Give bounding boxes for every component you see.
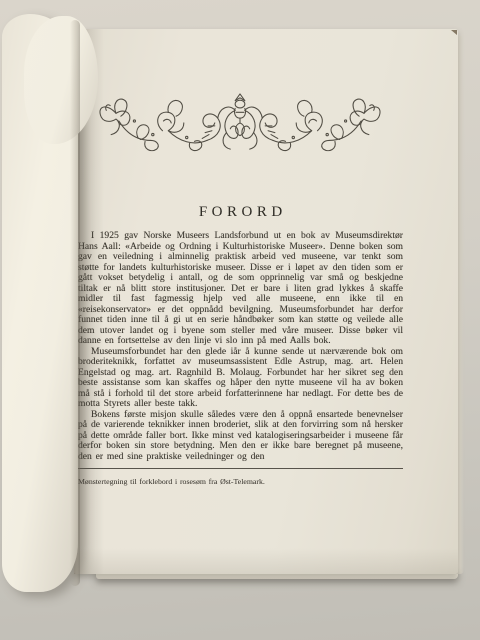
rosemaling-ornament-icon	[90, 91, 390, 153]
book-photo: FORORD I 1925 gav Norske Museers Landsfo…	[0, 0, 480, 640]
footnote-divider	[78, 468, 403, 469]
page-title: FORORD	[78, 203, 403, 222]
header-ornament	[84, 91, 396, 153]
paragraph: Bokens første misjon skulle således være…	[78, 410, 403, 463]
book-page: FORORD I 1925 gav Norske Museers Landsfo…	[74, 29, 458, 574]
page-corner-fleck	[451, 30, 457, 35]
body-text: I 1925 gav Norske Museers Landsforbund u…	[78, 231, 403, 462]
paragraph: I 1925 gav Norske Museers Landsforbund u…	[78, 231, 403, 347]
gutter-crease	[70, 20, 80, 586]
footnote-caption: Mønstertegning til forklebord i rosesøm …	[78, 477, 403, 486]
page-content: FORORD I 1925 gav Norske Museers Landsfo…	[78, 29, 403, 574]
paragraph: Museumsforbundet har den glede iår å kun…	[78, 347, 403, 410]
